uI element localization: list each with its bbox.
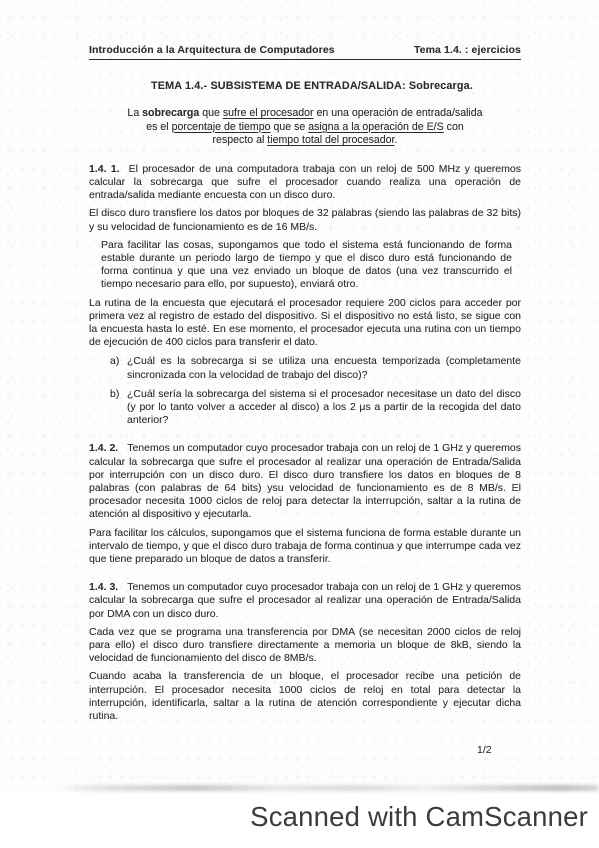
exercise-2: 1.4. 2.Tenemos un computador cuyo proces…: [89, 442, 521, 566]
exercise-1: 1.4. 1.El procesador de una computadora …: [89, 163, 521, 428]
exercise-3-paragraph: Cuando acaba la transferencia de un bloq…: [89, 670, 521, 723]
page-content: Introducción a la Arquitectura de Comput…: [0, 0, 599, 723]
exercise-1-number: 1.4. 1.: [89, 163, 120, 175]
document-title: TEMA 1.4.- SUBSISTEMA DE ENTRADA/SALIDA:…: [103, 80, 521, 92]
question-b-label: b): [110, 388, 127, 428]
page-number: 1/2: [477, 744, 492, 756]
scanned-page: Introducción a la Arquitectura de Comput…: [0, 0, 599, 793]
question-a-text: ¿Cuál es la sobrecarga si se utiliza una…: [127, 355, 521, 381]
exercise-2-assumption: Para facilitar los cálculos, supongamos …: [89, 527, 521, 567]
exercise-2-statement: 1.4. 2.Tenemos un computador cuyo proces…: [89, 442, 521, 521]
underlined-phrase: sufre el procesador: [223, 107, 314, 119]
exercise-2-number: 1.4. 2.: [89, 442, 118, 454]
definition-line-1: La sobrecarga que sufre el procesador en…: [89, 107, 521, 121]
underlined-phrase: tiempo total del procesador: [267, 134, 394, 146]
scan-edge-artifact: [58, 785, 599, 791]
page-header: Introducción a la Arquitectura de Comput…: [89, 44, 521, 60]
question-b-text: ¿Cuál sería la sobrecarga del sistema si…: [127, 388, 521, 428]
question-a-label: a): [110, 355, 127, 381]
exercise-1-paragraph: El disco duro transfiere los datos por b…: [89, 207, 521, 233]
definition-line-2: es el porcentaje de tiempo que se asigna…: [89, 121, 521, 135]
definition-line-3: respecto al tiempo total del procesador.: [89, 134, 521, 148]
definition-paragraph: La sobrecarga que sufre el procesador en…: [89, 107, 521, 148]
exercise-1-assumption: Para facilitar las cosas, supongamos que…: [89, 239, 521, 292]
exercise-1-question-b: b) ¿Cuál sería la sobrecarga del sistema…: [89, 388, 521, 428]
camscanner-watermark: Scanned with CamScanner: [250, 801, 588, 833]
topic-label: Tema 1.4. : ejercicios: [414, 44, 521, 56]
underlined-phrase: porcentaje de tiempo: [172, 121, 271, 133]
exercise-3-number: 1.4. 3.: [89, 581, 118, 593]
exercise-3-paragraph: Cada vez que se programa una transferenc…: [89, 626, 521, 666]
underlined-phrase: asigna a la operación de E/S: [308, 121, 443, 133]
exercise-1-paragraph: La rutina de la encuesta que ejecutará e…: [89, 297, 521, 350]
bold-term: sobrecarga: [142, 107, 199, 119]
exercise-3: 1.4. 3.Tenemos un computador cuyo proces…: [89, 581, 521, 723]
exercise-1-question-a: a) ¿Cuál es la sobrecarga si se utiliza …: [89, 355, 521, 381]
exercise-3-statement: 1.4. 3.Tenemos un computador cuyo proces…: [89, 581, 521, 621]
exercise-1-statement: 1.4. 1.El procesador de una computadora …: [89, 163, 521, 203]
course-title: Introducción a la Arquitectura de Comput…: [89, 44, 335, 56]
